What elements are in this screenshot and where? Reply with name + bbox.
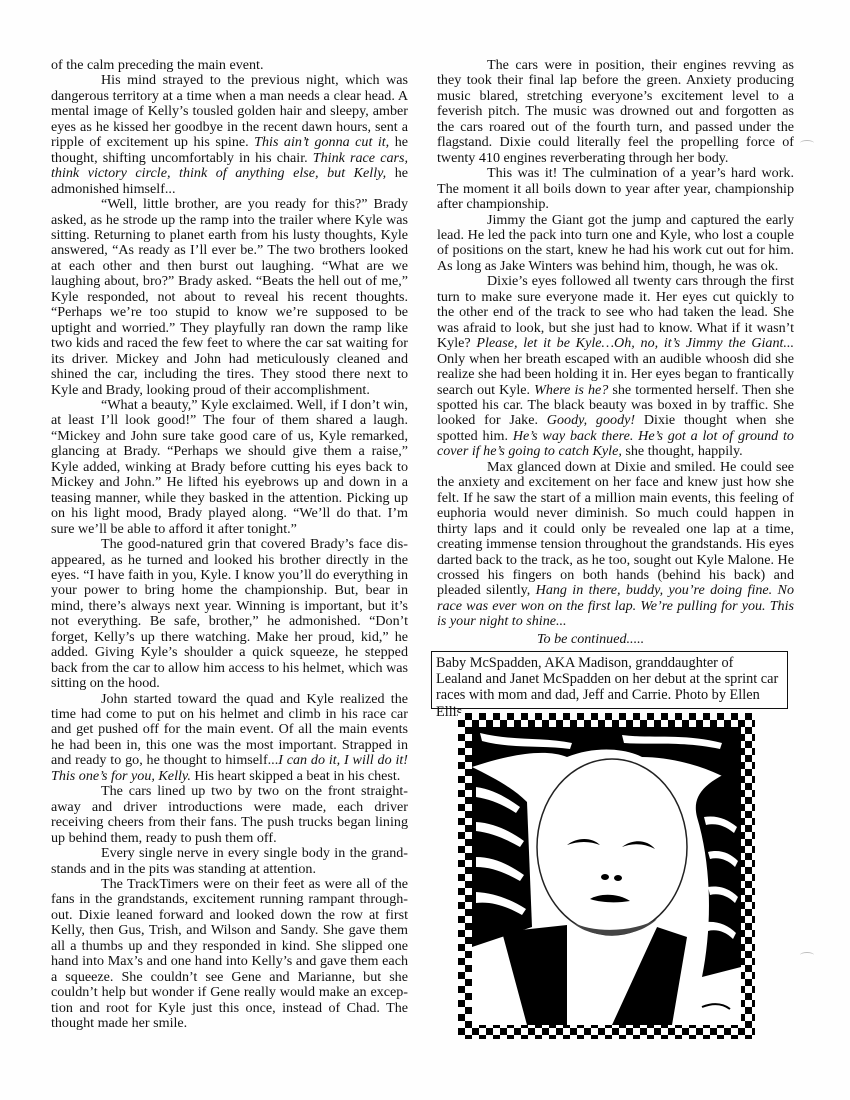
story-column-right: The cars were in position, their engines… [437,58,794,647]
text-run: Max glanced down at Dixie and smiled. He… [437,459,794,599]
newsletter-page: of the calm preceding the main event.His… [0,0,850,1100]
text-run: of the calm preceding the main event. [51,57,264,73]
story-paragraph: The cars were in position, their engines… [437,58,794,166]
text-run: “What a beauty,” Kyle exclaimed. Well, i… [51,397,408,537]
story-paragraph: His mind strayed to the previous night, … [51,73,408,197]
text-run: The TrackTimers were on their feet as we… [51,876,408,1031]
story-paragraph: “Well, little brother, are you ready for… [51,197,408,398]
baby-photo-illustration [472,727,741,1025]
story-paragraph: Jimmy the Giant got the jump and capture… [437,213,794,275]
story-column-right-body: The cars were in position, their engines… [437,58,794,630]
story-paragraph: Dixie’s eyes followed all twenty cars th… [437,274,794,459]
story-paragraph: The cars lined up two by two on the fron… [51,784,408,846]
text-run: Every single nerve in every single body … [51,845,408,876]
scan-artifact [800,952,814,958]
story-paragraph: of the calm preceding the main event. [51,58,408,73]
italic-thought: Where is he? [534,382,608,398]
story-paragraph: The TrackTimers were on their feet as we… [51,877,408,1032]
text-run: His heart skipped a beat in his chest. [191,768,400,784]
italic-thought: This ain’t gonna cut it, [254,134,389,150]
text-run: Jimmy the Giant got the jump and capture… [437,212,794,274]
text-run: she thought, happily. [622,443,743,459]
baby-photo [472,727,741,1025]
to-be-continued: To be continued..... [437,632,794,647]
story-paragraph: Every single nerve in every single body … [51,846,408,877]
text-run: The good-natured grin that covered Brady… [51,536,408,691]
italic-thought: Please, let it be Kyle…Oh, no, it’s Jimm… [476,335,794,351]
text-run: The cars lined up two by two on the fron… [51,783,408,845]
story-paragraph: Max glanced down at Dixie and smiled. He… [437,460,794,630]
text-run: “Well, little brother, are you ready for… [51,196,408,397]
baby-photo-checkered-frame [458,713,755,1039]
story-column-left: of the calm preceding the main event.His… [51,58,408,1032]
story-paragraph: “What a beauty,” Kyle exclaimed. Well, i… [51,398,408,537]
italic-thought: Goody, goody! [547,412,635,428]
story-paragraph: This was it! The culmination of a year’s… [437,166,794,212]
text-run: This was it! The culmination of a year’s… [437,165,794,212]
text-run: The cars were in position, their engines… [437,57,794,166]
story-paragraph: The good-natured grin that covered Brady… [51,537,408,692]
photo-caption: Baby McSpadden, AKA Madison, granddaught… [431,651,788,709]
scan-artifact [800,140,814,146]
story-paragraph: John started toward the quad and Kyle re… [51,692,408,785]
